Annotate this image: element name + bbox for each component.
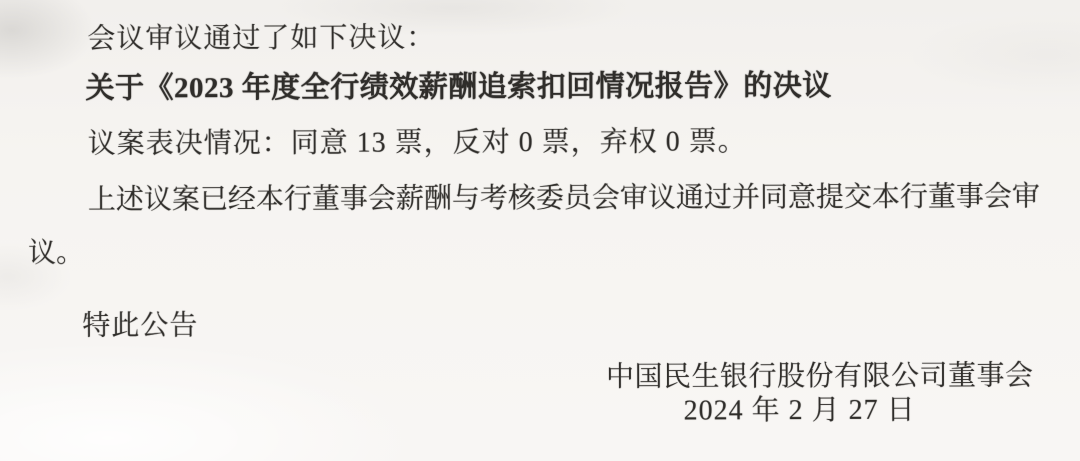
vote-result-line: 议案表决情况：同意 13 票，反对 0 票，弃权 0 票。 bbox=[88, 125, 747, 161]
intro-line: 会议审议通过了如下决议： bbox=[87, 21, 435, 56]
announcement-date: 2024 年 2 月 27 日 bbox=[606, 393, 1034, 428]
signature-block: 中国民生银行股份有限公司董事会 2024 年 2 月 27 日 bbox=[606, 359, 1034, 428]
approval-paragraph: 上述议案已经本行董事会薪酬与考核委员会审议通过并同意提交本行董事会审议。 bbox=[28, 170, 1058, 280]
document-content: 会议审议通过了如下决议： 关于《2023 年度全行绩效薪酬追索扣回情况报告》的决… bbox=[0, 0, 1080, 461]
resolution-title: 关于《2023 年度全行绩效薪酬追索扣回情况报告》的决议 bbox=[85, 69, 831, 106]
closing-line: 特此公告 bbox=[82, 309, 198, 343]
announcement-document: 会议审议通过了如下决议： 关于《2023 年度全行绩效薪酬追索扣回情况报告》的决… bbox=[0, 0, 1080, 461]
issuer-name: 中国民生银行股份有限公司董事会 bbox=[606, 359, 1034, 394]
